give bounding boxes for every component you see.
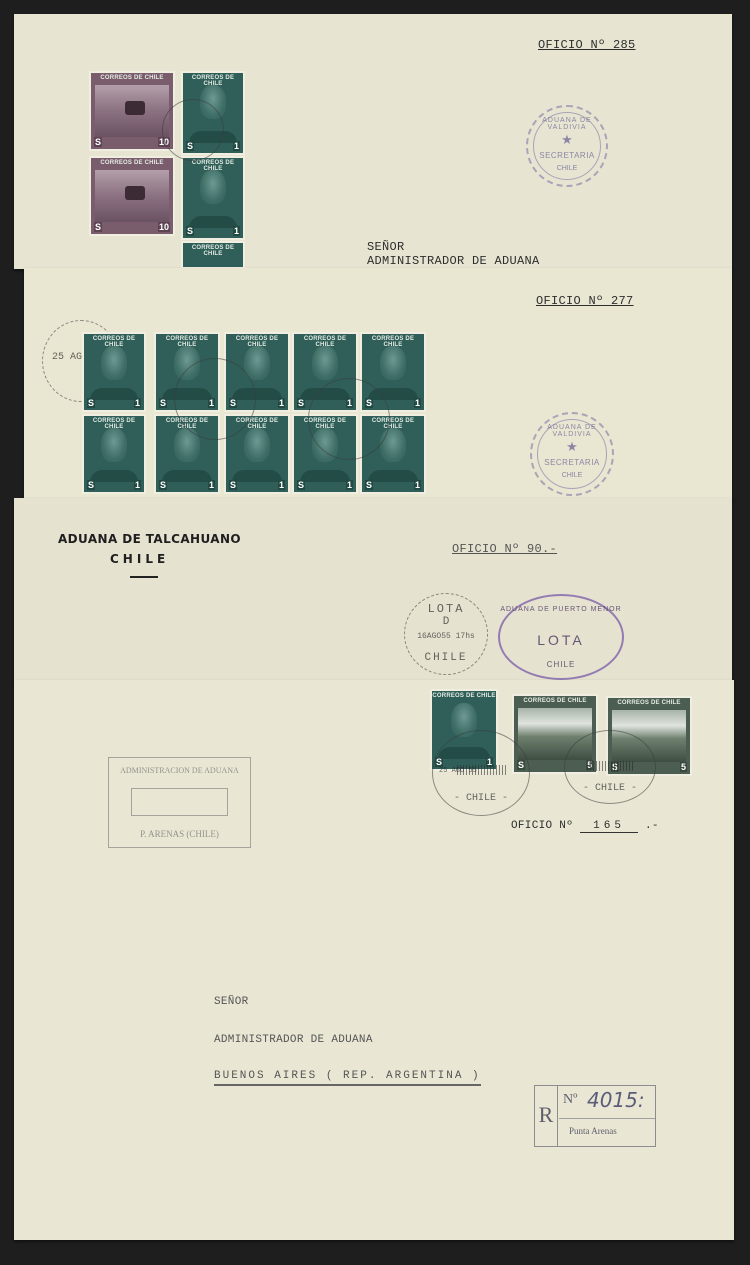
postmark	[174, 358, 256, 440]
cover-165: ADMINISTRACION DE ADUANA P. ARENAS (CHIL…	[14, 680, 734, 1240]
star-icon: ★	[528, 132, 606, 148]
oficio-label: OFICIO Nº 165 .-	[511, 820, 659, 833]
postmark: 25 AGO 55 - CHILE -	[432, 730, 530, 816]
stamp-portrait-1: CORREOS DE CHILES1	[82, 332, 146, 412]
administracion-box-stamp: ADMINISTRACION DE ADUANA P. ARENAS (CHIL…	[108, 757, 251, 848]
cover-90: ADUANA DE TALCAHUANO CHILE OFICIO Nº 90.…	[14, 498, 732, 683]
postmark	[162, 99, 224, 161]
stamp-train-10: CORREOS DE CHILE S 10	[89, 156, 175, 236]
cover-285: OFICIO Nº 285 CORREOS DE CHILE S 10 CORR…	[14, 14, 732, 269]
address-line-1: SEÑOR	[367, 240, 405, 254]
portrait-icon	[200, 170, 226, 204]
registration-city: Punta Arenas	[569, 1126, 617, 1136]
address-line-1: SEÑOR	[214, 996, 249, 1008]
address-line-3: BUENOS AIRES ( REP. ARGENTINA )	[214, 1070, 481, 1086]
train-scene-icon	[95, 170, 169, 222]
registration-label: R Nº 4015: Punta Arenas	[534, 1085, 656, 1147]
stamp-portrait-1-partial: CORREOS DE CHILE	[181, 241, 245, 269]
valdivia-seal: ADUANA DE VALDIVIA ★ SECRETARIA CHILE	[530, 412, 614, 496]
registration-number: 4015:	[587, 1088, 645, 1112]
portrait-icon	[244, 428, 270, 462]
portrait-icon	[312, 346, 338, 380]
address-line-2: ADMINISTRADOR DE ADUANA	[367, 254, 540, 268]
registration-letter: R	[535, 1086, 558, 1146]
oficio-number: OFICIO Nº 285	[538, 38, 636, 52]
postmark	[308, 378, 390, 460]
letterhead-country: CHILE	[110, 552, 169, 566]
valdivia-seal: ADUANA DE VALDIVIA ★ SECRETARIA CHILE	[526, 105, 608, 187]
star-icon: ★	[532, 439, 612, 455]
lota-postmark: LOTA D 16AGO55 17hs CHILE	[404, 593, 488, 675]
portrait-icon	[101, 428, 127, 462]
stamp-header: CORREOS DE CHILE	[91, 75, 173, 81]
oficio-number: 165	[580, 820, 638, 833]
portrait-icon	[101, 346, 127, 380]
postmark: - CHILE -	[564, 730, 656, 804]
address-line-2: ADMINISTRADOR DE ADUANA	[214, 1034, 373, 1046]
box-inner-frame	[131, 788, 228, 816]
oficio-number: OFICIO Nº 90.-	[452, 542, 557, 556]
stamp-train-10: CORREOS DE CHILE S 10	[89, 71, 175, 151]
letterhead-title: ADUANA DE TALCAHUANO	[58, 532, 241, 546]
cover-277: OFICIO Nº 277 25 AG CORREOS DE CHILES1CO…	[24, 268, 732, 500]
train-scene-icon	[95, 85, 169, 137]
oficio-number: OFICIO Nº 277	[536, 294, 634, 308]
stamp-portrait-1: CORREOS DE CHILES1	[82, 414, 146, 494]
letterhead-rule	[130, 576, 158, 578]
puerto-menor-seal: ADUANA DE PUERTO MENOR LOTA CHILE	[498, 594, 624, 680]
portrait-icon	[380, 346, 406, 380]
stamp-portrait-1: CORREOS DE CHILE S 1	[181, 156, 245, 240]
